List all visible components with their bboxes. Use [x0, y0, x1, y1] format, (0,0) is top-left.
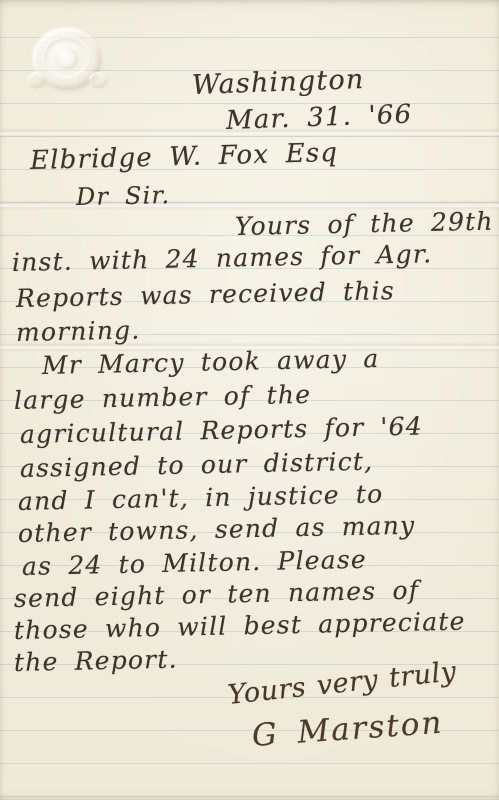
letter-line: morning.	[16, 315, 141, 347]
letter-recipient: Elbridge W. Fox Esq	[30, 138, 339, 176]
letter-line: large number of the	[14, 380, 312, 415]
letter-line: assigned to our district,	[20, 447, 374, 483]
letter-line: inst. with 24 names for Agr.	[12, 239, 433, 277]
letter-line: Reports was received this	[16, 276, 395, 313]
seal-lobe-left	[27, 72, 45, 88]
letter-line: those who will best appreciate	[14, 607, 466, 645]
letter-signature: G Marston	[251, 705, 445, 754]
letter-line: other towns, send as many	[18, 511, 416, 548]
embossed-seal	[33, 28, 101, 90]
letter-line: as 24 to Milton. Please	[22, 545, 367, 581]
seal-lobe-right	[89, 72, 107, 88]
letter-closing: Yours very truly	[226, 656, 457, 711]
letter-line: the Report.	[14, 645, 178, 677]
letter-line: send eight or ten names of	[14, 576, 420, 613]
letter-place: Washington	[191, 64, 365, 101]
letter-line: and I can't, in justice to	[18, 479, 384, 516]
letter-line: agricultural Reports for '64	[20, 412, 423, 449]
letter-line: Yours of the 29th	[235, 207, 494, 241]
letter-date: Mar. 31. '66	[225, 100, 412, 136]
letter-line: Mr Marcy took away a	[42, 344, 380, 380]
letter-salutation: Dr Sir.	[76, 181, 171, 211]
letter-page: Washington Mar. 31. '66 Elbridge W. Fox …	[0, 0, 499, 800]
